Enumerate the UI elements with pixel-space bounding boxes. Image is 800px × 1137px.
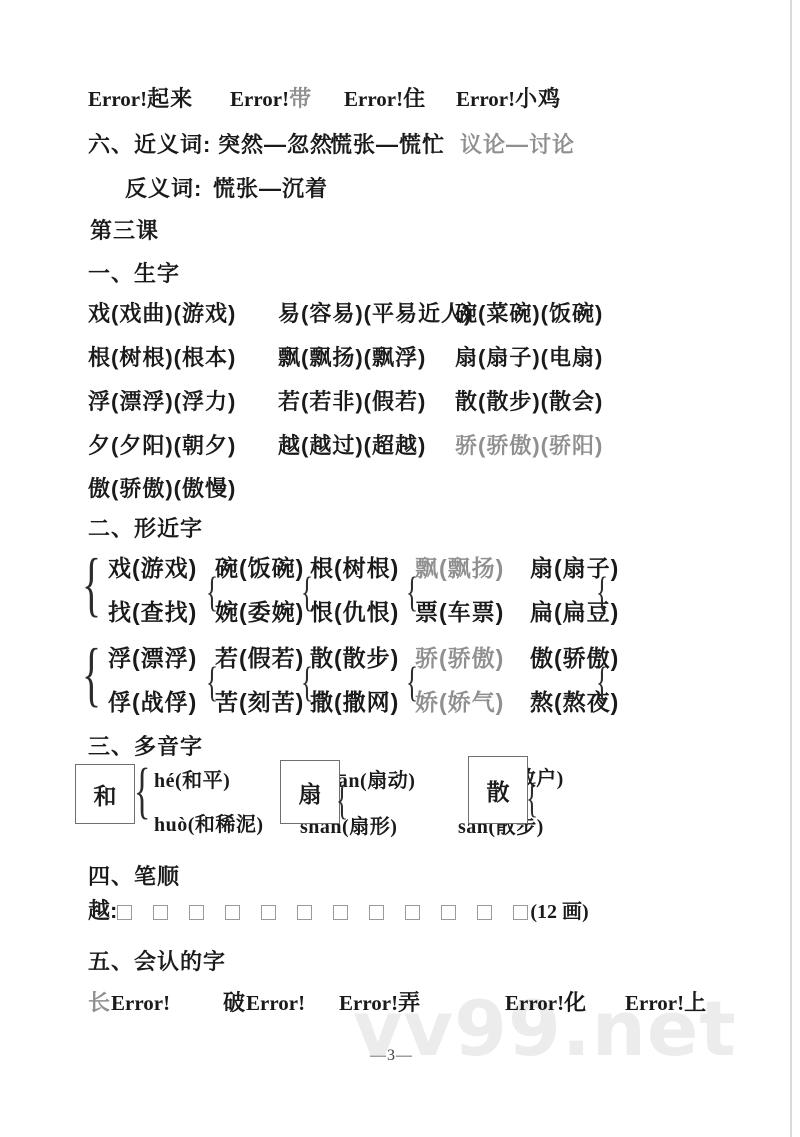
- synonym-pair: 突然—忽然: [218, 128, 333, 159]
- new-char-cell: 浮(漂浮)(浮力): [88, 385, 236, 416]
- new-char-cell: 夕(夕阳)(朝夕): [88, 429, 236, 460]
- stroke-square: [225, 905, 240, 920]
- stroke-square: [297, 905, 312, 920]
- new-char-cell: 傲(骄傲)(傲慢): [88, 472, 236, 503]
- error-text: Error!: [88, 87, 147, 111]
- error-text: Error!: [344, 87, 403, 111]
- antonym-pair: 慌张—沉着: [213, 172, 328, 203]
- similar-pair-bottom: 找(查找): [108, 594, 197, 627]
- similar-pair-bottom: 俘(战俘): [108, 684, 197, 717]
- char-text: 带: [289, 86, 312, 111]
- readings-brace: {: [526, 778, 538, 820]
- polyphone-charbox: 和: [75, 764, 135, 824]
- error-text: Error!: [246, 991, 305, 1015]
- similar-pair-top: 骄(骄傲): [415, 640, 504, 673]
- similar-pair-bottom: 票(车票): [415, 594, 504, 627]
- polyphone-char: 和: [94, 778, 117, 811]
- recognized-bottom-item: 长Error!: [88, 986, 170, 1017]
- recognized-top-item: Error!小鸡: [456, 82, 561, 113]
- similar-pair-top: 若(假若): [215, 640, 304, 673]
- polyphone-char: 散: [487, 774, 510, 807]
- error-text: Error!: [505, 991, 564, 1015]
- readings-brace: {: [336, 780, 348, 822]
- new-char-cell: 飘(飘扬)(飘浮): [278, 341, 426, 372]
- error-text: Error!: [111, 991, 170, 1015]
- similar-pair-top: 戏(游戏): [108, 550, 197, 583]
- new-char-cell: 根(树根)(根本): [88, 341, 236, 372]
- new-char-cell: 骄(骄傲)(骄阳): [455, 429, 603, 460]
- stroke-square: [405, 905, 420, 920]
- new-char-cell: 易(容易)(平易近人): [278, 297, 472, 328]
- synonym-pair: 慌张—慌忙: [330, 128, 445, 159]
- char-text: 化: [564, 990, 587, 1015]
- similar-pair-bottom: 婉(委婉): [215, 594, 304, 627]
- pair-brace: {: [596, 572, 608, 614]
- synonyms-label: 六、近义词:: [88, 128, 211, 159]
- similar-pair-bottom: 娇(娇气): [415, 684, 504, 717]
- new-char-cell: 戏(戏曲)(游戏): [88, 297, 236, 328]
- error-text: Error!: [625, 991, 684, 1015]
- polyphone-cluster: 和 { hé(和平) huò(和稀泥) shān(扇动) shàn(扇形) 扇 …: [0, 752, 800, 844]
- pair-brace: {: [596, 662, 608, 704]
- document-page: vv99.net —3— Error!起来 Error!带 Error!住 Er…: [0, 0, 800, 1137]
- stroke-square: [441, 905, 456, 920]
- recognized-top-item: Error!起来: [88, 82, 193, 113]
- similar-pair-bottom: 恨(仇恨): [310, 594, 399, 627]
- new-char-cell: 散(散步)(散会): [455, 385, 603, 416]
- stroke-square: [189, 905, 204, 920]
- similar-pair-top: 散(散步): [310, 640, 399, 673]
- stroke-order-row: 越:(12 画): [88, 894, 589, 925]
- error-text: Error!: [230, 87, 289, 111]
- left-brace: {: [82, 548, 101, 620]
- section-title-recognized: 五、会认的字: [88, 945, 226, 976]
- lesson-title: 第三课: [90, 214, 159, 245]
- page-number: —3—: [370, 1047, 413, 1065]
- polyphone-charbox: 散: [468, 756, 528, 824]
- recognized-bottom-item: 破Error!: [223, 986, 305, 1017]
- stroke-square: [513, 905, 528, 920]
- recognized-top-item: Error!带: [230, 82, 312, 113]
- char-text: 上: [684, 990, 707, 1015]
- reading-line: huò(和稀泥): [154, 808, 264, 837]
- char-text: 破: [223, 990, 246, 1015]
- similar-pair-top: 飘(飘扬): [415, 550, 504, 583]
- stroke-boxes: [117, 898, 530, 923]
- recognized-bottom-item: Error!上: [625, 986, 707, 1017]
- error-text: Error!: [339, 991, 398, 1015]
- polyphone-char: 扇: [299, 776, 322, 809]
- char-text: 长: [88, 990, 111, 1015]
- new-char-cell: 若(若非)(假若): [278, 385, 426, 416]
- error-text: Error!: [456, 87, 515, 111]
- similar-pair-bottom: 苦(刻苦): [215, 684, 304, 717]
- stroke-square: [261, 905, 276, 920]
- similar-pair-top: 浮(漂浮): [108, 640, 197, 673]
- stroke-char-label: 越:: [88, 898, 117, 923]
- stroke-square: [477, 905, 492, 920]
- stroke-square: [153, 905, 168, 920]
- stroke-count-label: (12 画): [530, 901, 588, 923]
- new-char-cell: 碗(菜碗)(饭碗): [455, 297, 603, 328]
- recognized-bottom-item: Error!弄: [339, 986, 421, 1017]
- section-title-new-chars: 一、生字: [88, 257, 180, 288]
- section-title-stroke-order: 四、笔顺: [88, 860, 180, 891]
- stroke-square: [117, 905, 132, 920]
- char-text: 弄: [398, 990, 421, 1015]
- stroke-square: [369, 905, 384, 920]
- synonym-pair: 议论—讨论: [460, 128, 575, 159]
- char-text: 住: [403, 86, 426, 111]
- similar-chars-group: { 浮(漂浮) 俘(战俘) { 若(假若) 苦(刻苦) { 散(散步) 撒(撒网…: [0, 638, 800, 730]
- antonyms-label: 反义词:: [125, 172, 202, 203]
- recognized-bottom-item: Error!化: [505, 986, 587, 1017]
- new-char-cell: 越(越过)(超越): [278, 429, 426, 460]
- left-brace: {: [82, 638, 101, 710]
- char-text: 起来: [147, 86, 193, 111]
- similar-chars-group: { 戏(游戏) 找(查找) { 碗(饭碗) 婉(委婉) { 根(树根) 恨(仇恨…: [0, 548, 800, 640]
- new-char-cell: 扇(扇子)(电扇): [455, 341, 603, 372]
- polyphone-charbox: 扇: [280, 760, 340, 824]
- similar-pair-top: 根(树根): [310, 550, 399, 583]
- reading-line: hé(和平): [154, 764, 230, 793]
- recognized-top-item: Error!住: [344, 82, 426, 113]
- similar-pair-bottom: 撒(撒网): [310, 684, 399, 717]
- stroke-square: [333, 905, 348, 920]
- char-text: 小鸡: [515, 86, 561, 111]
- readings-brace: {: [134, 760, 150, 822]
- similar-pair-top: 碗(饭碗): [215, 550, 304, 583]
- section-title-similar-chars: 二、形近字: [88, 512, 203, 543]
